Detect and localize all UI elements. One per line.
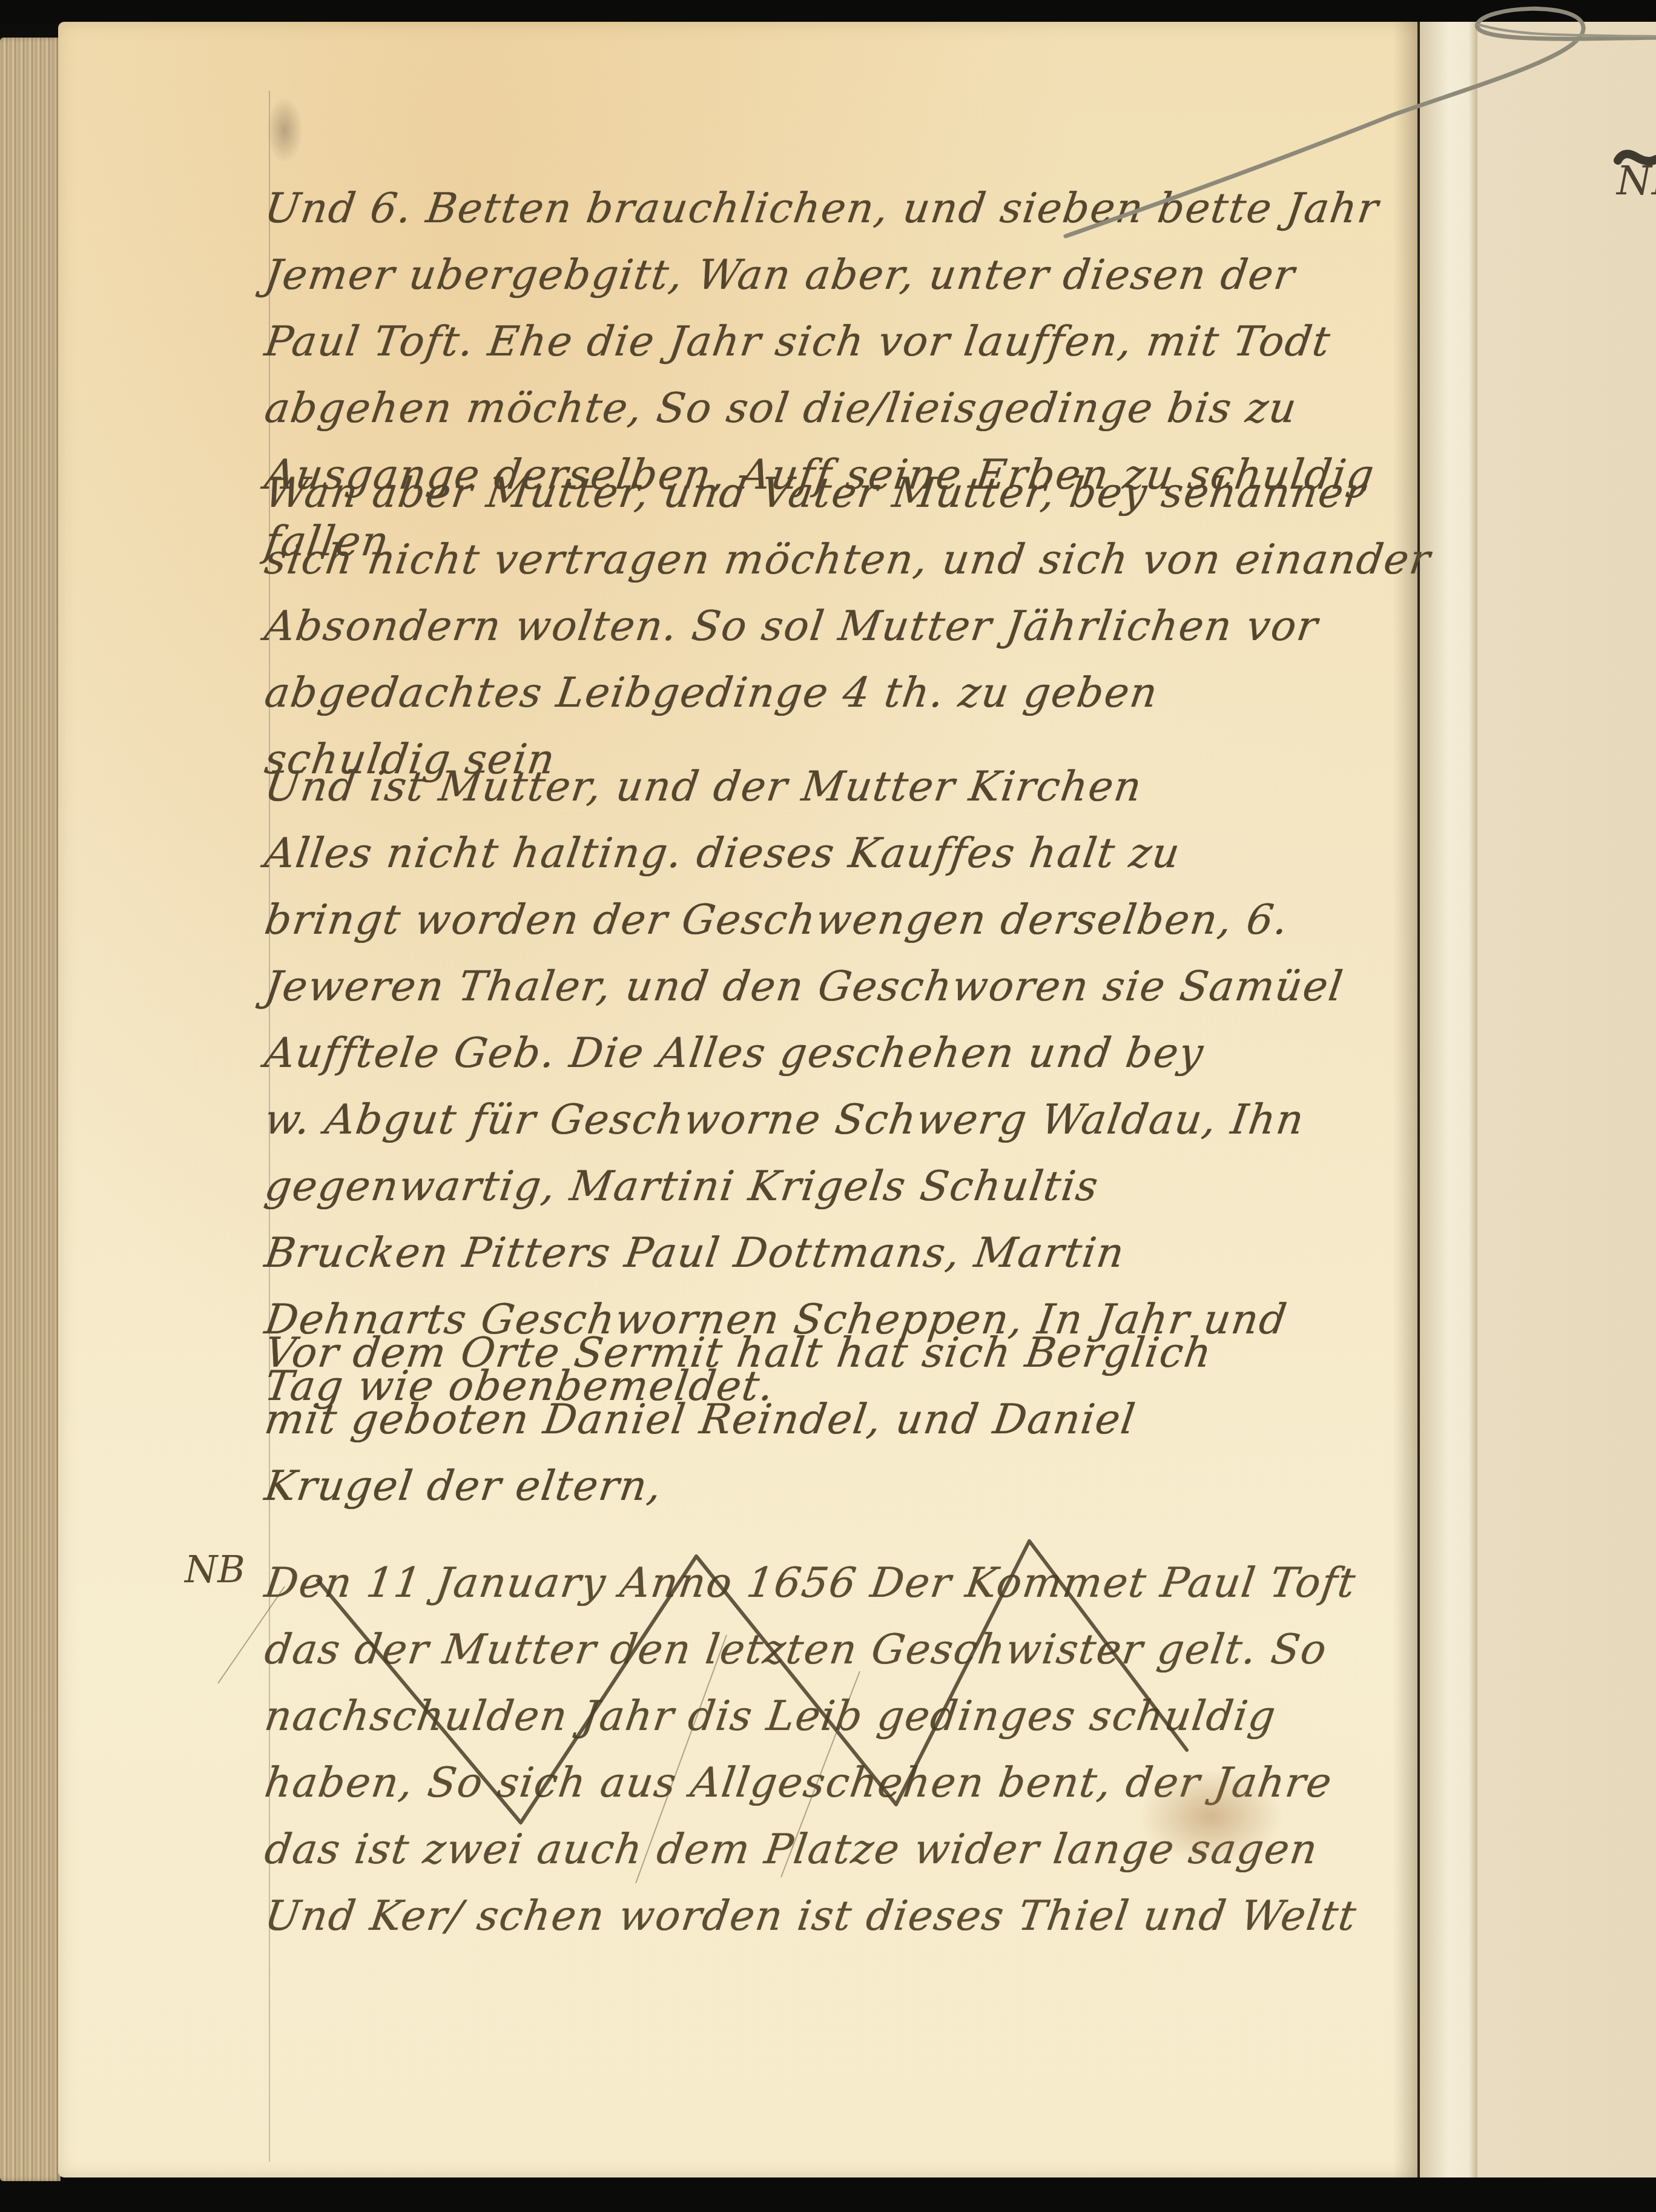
background-top <box>0 0 1656 24</box>
handwritten-line: das der Mutter den letzten Geschwister g… <box>260 1617 1408 1683</box>
paragraph-5-crossed-out: Den 11 January Anno 1656 Der Kommet Paul… <box>260 1550 1399 1950</box>
facing-page <box>1420 22 1656 2177</box>
handwritten-line: nachschulden Jahr dis Leib gedinges schu… <box>260 1683 1408 1750</box>
handwritten-line: mit geboten Daniel Reindel, und Daniel <box>260 1387 1408 1453</box>
manuscript-scan: Und 6. Betten brauchlichen, und sieben b… <box>0 0 1656 2212</box>
facing-page-fold <box>1420 22 1477 2177</box>
margin-note-nb: NB <box>185 1547 245 1591</box>
handwritten-line: Vor dem Orte Sermit halt hat sich Bergli… <box>260 1320 1408 1387</box>
handwritten-line: Und 6. Betten brauchlichen, und sieben b… <box>260 176 1408 242</box>
stacked-page-edges <box>0 38 61 2181</box>
ink-stain <box>1138 1768 1284 1865</box>
handwritten-line: bringt worden der Geschwengen derselben,… <box>260 887 1408 954</box>
handwritten-line: sich nicht vertragen möchten, und sich v… <box>260 527 1408 593</box>
handwritten-line: Und ist Mutter, und der Mutter Kirchen <box>260 754 1408 820</box>
handwritten-line: Und Ker/ schen worden ist dieses Thiel u… <box>260 1883 1408 1950</box>
handwritten-line: gegenwartig, Martini Krigels Schultis <box>260 1154 1408 1220</box>
handwritten-line: Den 11 January Anno 1656 Der Kommet Paul… <box>260 1550 1408 1617</box>
handwritten-line: Absondern wolten. So sol Mutter Jährlich… <box>260 593 1408 660</box>
handwritten-line: abgehen möchte, So sol die/lieisgedinge … <box>260 375 1408 442</box>
handwritten-line: Brucken Pitters Paul Dottmans, Martin <box>260 1220 1408 1287</box>
handwritten-line: Paul Toft. Ehe die Jahr sich vor lauffen… <box>260 309 1408 375</box>
handwritten-line: Jeweren Thaler, und den Geschworen sie S… <box>260 954 1408 1020</box>
ink-smudge <box>266 97 303 163</box>
handwritten-line: Aufftele Geb. Die Alles geschehen und be… <box>260 1020 1408 1087</box>
background-bottom <box>0 2179 1656 2212</box>
handwritten-line: abgedachtes Leibgedinge 4 th. zu geben <box>260 660 1408 727</box>
handwritten-line: Wan aber Mutter, und Vater Mutter, bey s… <box>260 460 1408 527</box>
handwritten-line: w. Abgut für Geschworne Schwerg Waldau, … <box>260 1087 1408 1154</box>
handwritten-line: Jemer ubergebgitt, Wan aber, unter diese… <box>260 242 1408 309</box>
handwritten-line: Krugel der eltern, <box>260 1453 1408 1520</box>
paragraph-4: Vor dem Orte Sermit halt hat sich Bergli… <box>260 1320 1399 1520</box>
facing-page-marginalia: NB <box>1617 157 1656 204</box>
paragraph-2: Wan aber Mutter, und Vater Mutter, bey s… <box>260 460 1399 793</box>
handwritten-line: Alles nicht halting. dieses Kauffes halt… <box>260 820 1408 887</box>
